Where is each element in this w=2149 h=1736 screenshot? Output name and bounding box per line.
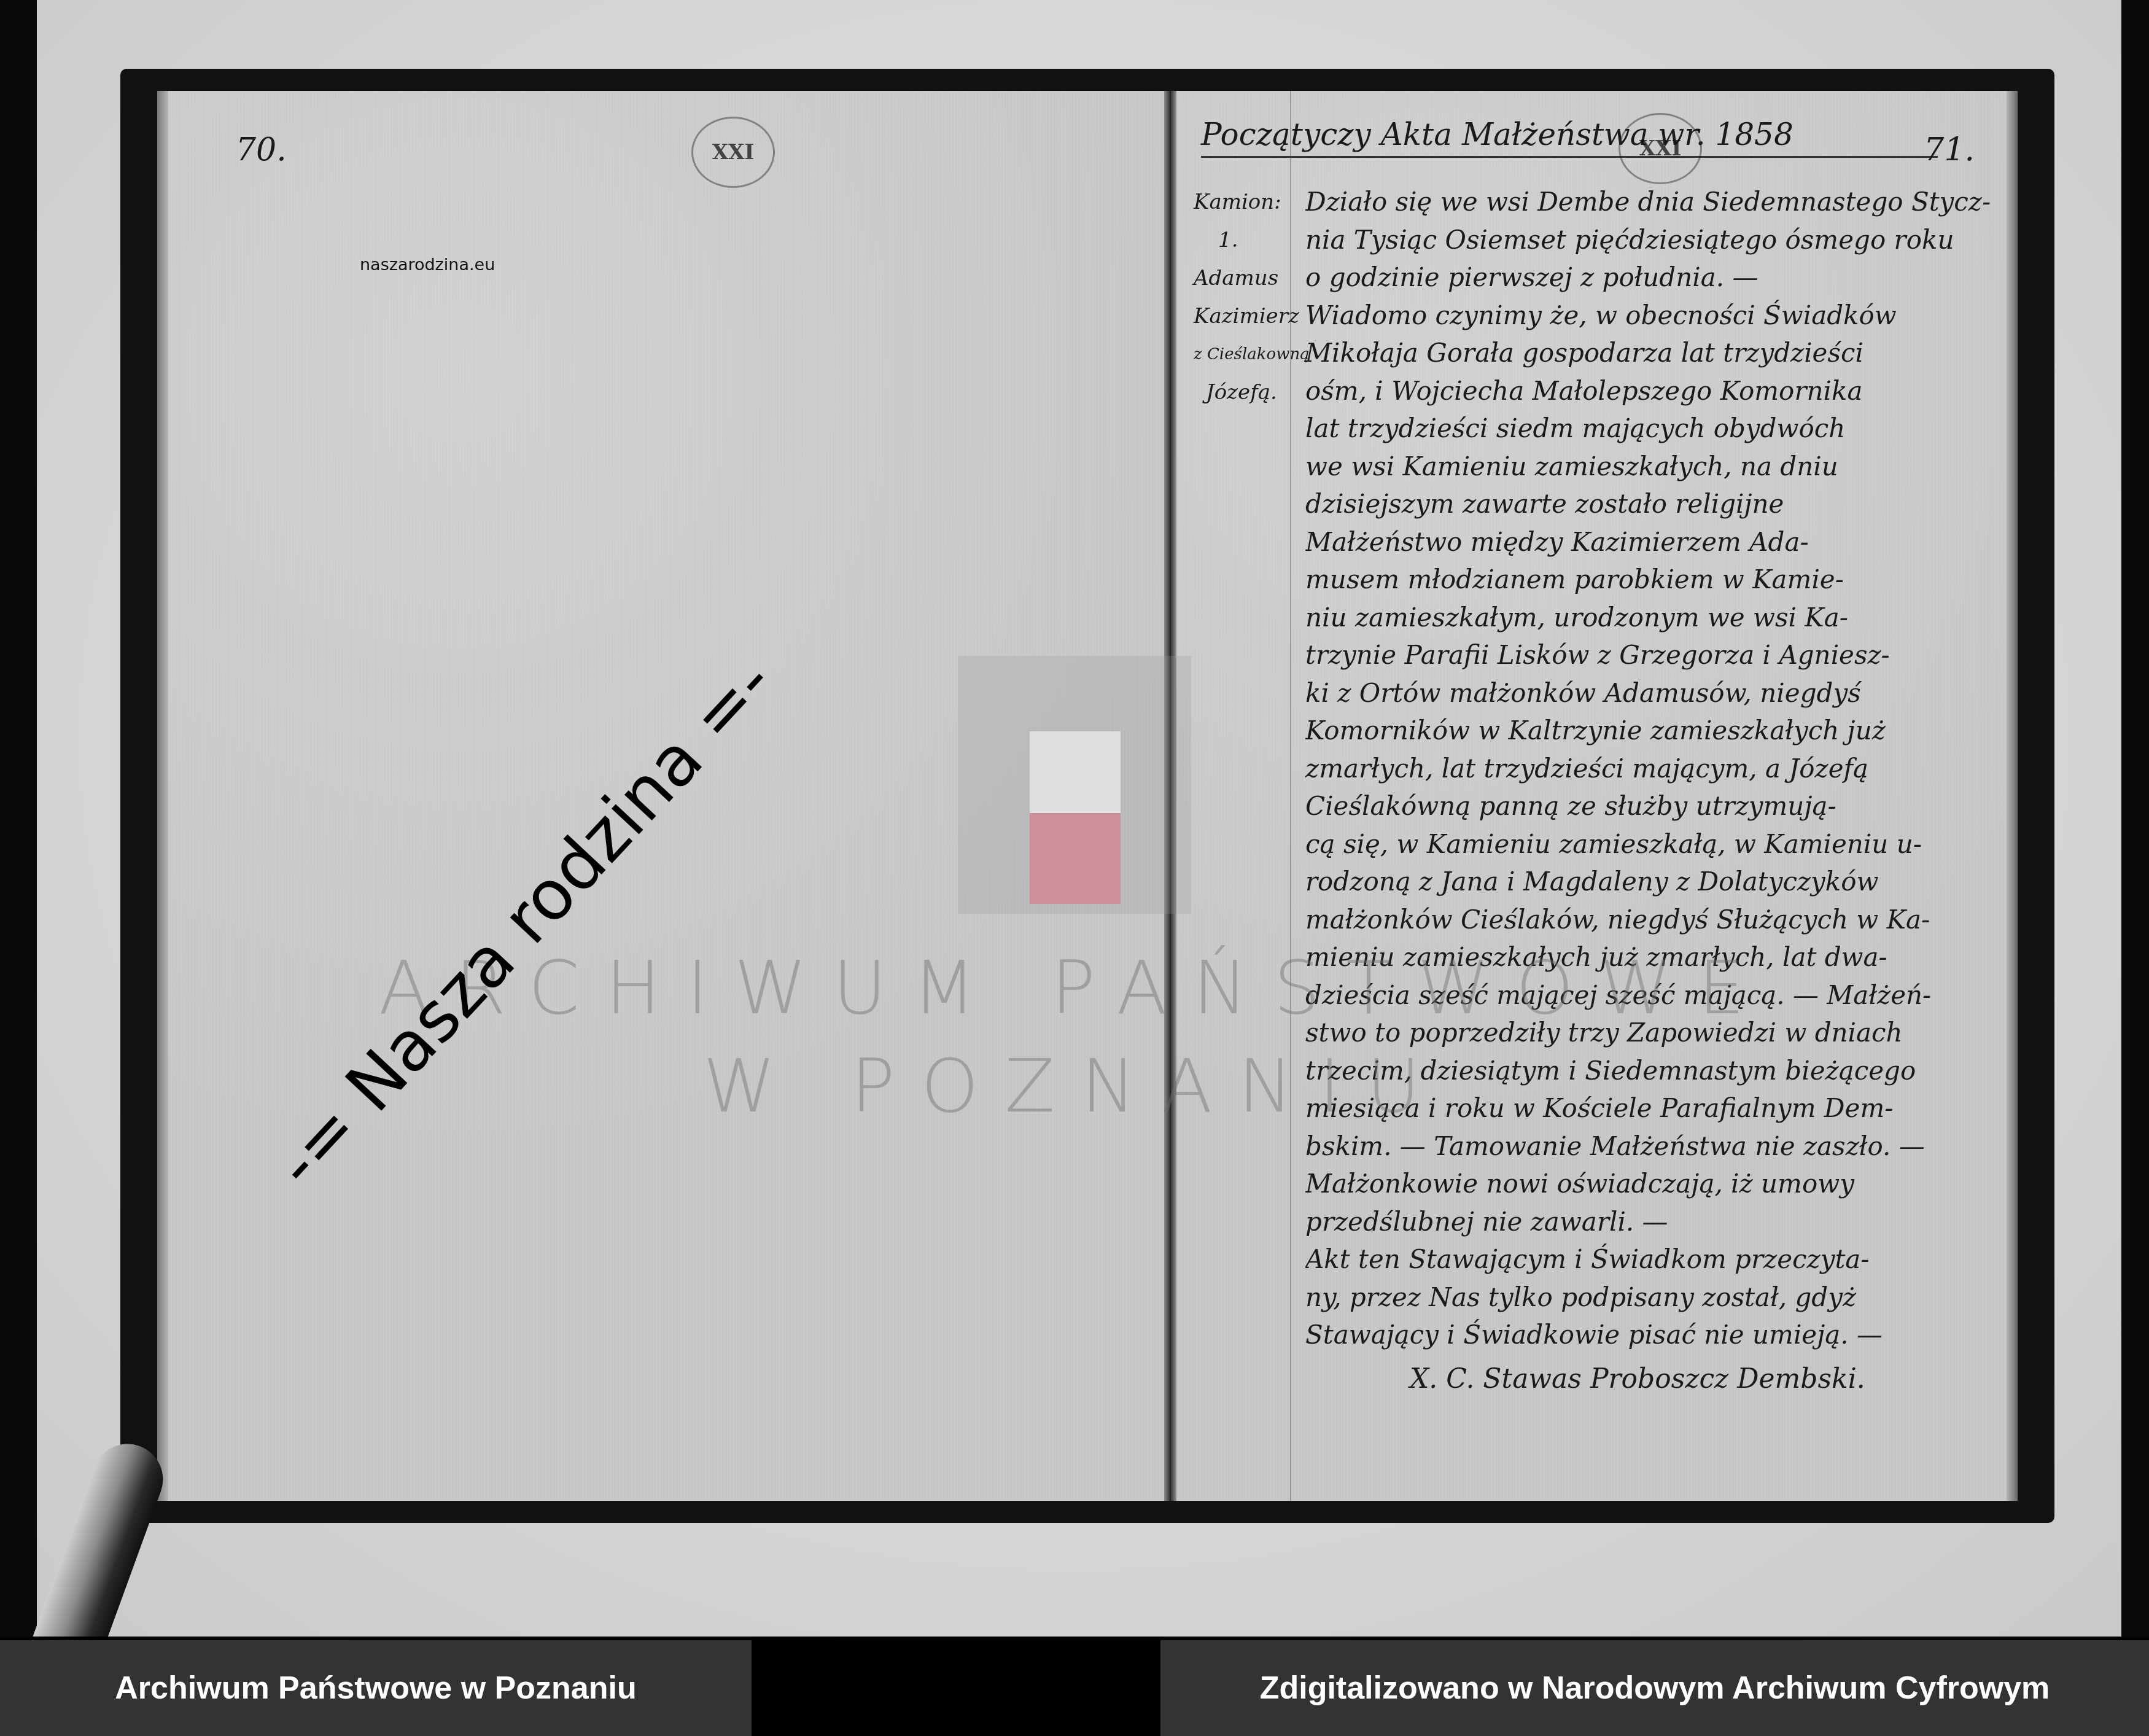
left-page-number: 70. (236, 131, 287, 168)
margin-note: Kazimierz (1194, 297, 1286, 335)
footer-digitized-label: Zdigitalizowano w Narodowym Archiwum Cyf… (1160, 1640, 2149, 1736)
record-line: cą się, w Kamieniu zamieszkałą, w Kamien… (1305, 825, 1993, 863)
record-line: we wsi Kamieniu zamieszkałych, na dniu (1305, 448, 1993, 486)
record-line: Działo się we wsi Dembe dnia Siedemnaste… (1305, 183, 1993, 221)
archive-watermark-line1: ARCHIWUM PAŃSTWOWE (0, 946, 2149, 1031)
record-line: ośm, i Wojciecha Małolepszego Komornika (1305, 372, 1993, 410)
scan-edge-left (0, 0, 37, 1637)
record-title: Początyczy Akta Małżeństwa wr. 1858 (1201, 117, 1938, 158)
record-line: Mikołaja Gorała gospodarza lat trzydzieś… (1305, 334, 1993, 372)
left-page-stamp: XXI (691, 117, 775, 188)
record-line: nia Tysiąc Osiemset pięćdziesiątego ósme… (1305, 221, 1993, 259)
margin-note: 1. (1194, 221, 1286, 259)
record-line: zmarłych, lat trzydzieści mającym, a Józ… (1305, 750, 1993, 788)
record-line: ki z Ortów małżonków Adamusów, niegdyś (1305, 674, 1993, 712)
footer-bar: Archiwum Państwowe w Poznaniu Zdigitaliz… (0, 1637, 2149, 1736)
record-line: małżonków Cieślaków, niegdyś Służących w… (1305, 901, 1993, 939)
record-line: lat trzydzieści siedm mających obydwóch (1305, 410, 1993, 448)
record-line: Małżeństwo między Kazimierzem Ada- (1305, 523, 1993, 561)
record-line: bskim. — Tamowanie Małżeństwa nie zaszło… (1305, 1127, 1993, 1166)
flag-white-stripe (1030, 731, 1121, 813)
margin-notes: Kamion: 1. Adamus Kazimierz z Cieślakown… (1194, 183, 1286, 411)
record-line: Małżonkowie nowi oświadczają, iż umowy (1305, 1165, 1993, 1203)
margin-note: Józefą. (1194, 373, 1286, 411)
priest-signature: X. C. Stawas Proboszcz Dembski. (1305, 1360, 1993, 1398)
right-page: Początyczy Akta Małżeństwa wr. 1858 XXI … (1176, 91, 2018, 1501)
margin-note: z Cieślakowną (1194, 335, 1286, 373)
right-page-number: 71. (1924, 131, 1975, 168)
site-label: naszarodzina.eu (360, 255, 495, 274)
record-line: musem młodzianem parobkiem w Kamie- (1305, 561, 1993, 599)
record-line: przedślubnej nie zawarli. — (1305, 1203, 1993, 1241)
record-line: niu zamieszkałym, urodzonym we wsi Ka- (1305, 599, 1993, 637)
flag-red-stripe (1030, 813, 1121, 904)
record-line: trzynie Parafii Lisków z Grzegorza i Agn… (1305, 636, 1993, 674)
record-line: Akt ten Stawającym i Świadkom przeczyta- (1305, 1240, 1993, 1279)
record-line: o godzinie pierwszej z południa. — (1305, 259, 1993, 297)
record-line: Cieślakówną panną ze służby utrzymują- (1305, 787, 1993, 825)
scan-edge-right (2121, 0, 2149, 1637)
record-line: Wiadomo czynimy że, w obecności Świadków (1305, 297, 1993, 335)
footer-archive-label: Archiwum Państwowe w Poznaniu (0, 1640, 752, 1736)
record-line: Komorników w Kaltrzynie zamieszkałych ju… (1305, 712, 1993, 750)
record-line: ny, przez Nas tylko podpisany został, gd… (1305, 1279, 1993, 1317)
record-body: Działo się we wsi Dembe dnia Siedemnaste… (1305, 183, 1993, 1398)
margin-note: Adamus (1194, 259, 1286, 297)
record-line: Stawający i Świadkowie pisać nie umieją.… (1305, 1316, 1993, 1354)
record-line: rodzoną z Jana i Magdaleny z Dolatyczykó… (1305, 863, 1993, 901)
margin-note: Kamion: (1194, 183, 1286, 221)
margin-rule (1290, 91, 1291, 1501)
right-page-stamp: XXI (1619, 113, 1702, 184)
record-line: dzisiejszym zawarte zostało religijne (1305, 485, 1993, 523)
